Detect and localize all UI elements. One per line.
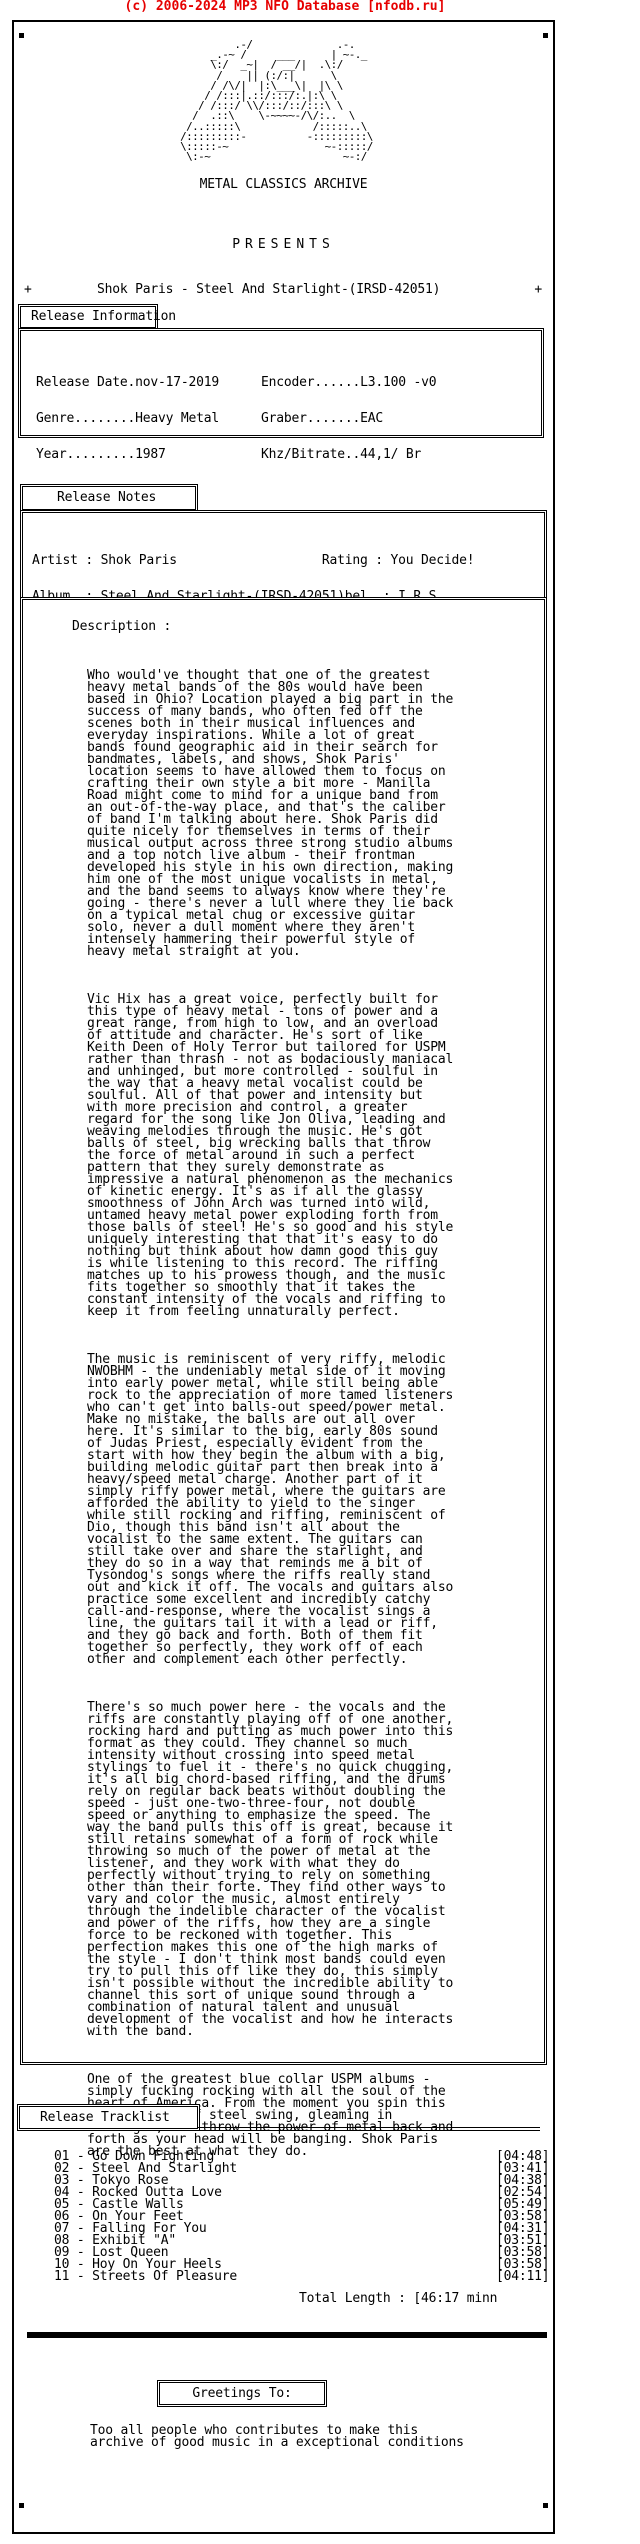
corner-marker-bottom-left [19, 2503, 24, 2508]
total-length: Total Length : [46:17 minn [299, 2293, 497, 2305]
plus-marker-right: + [534, 284, 542, 296]
release-information-tab: Release Information [18, 304, 158, 330]
info-genre: Genre........Heavy Metal [36, 413, 219, 425]
description-paragraph: Who would've thought that one of the gre… [87, 670, 453, 958]
greetings-text: Too all people who contributes to make t… [90, 2425, 464, 2449]
track-list: 01 - Go Down Fighting[04:48]02 - Steel A… [54, 2151, 534, 2283]
description-paragraph: There's so much power here - the vocals … [87, 1702, 453, 2038]
release-title: Shok Paris - Steel And Starlight-(IRSD-4… [97, 284, 440, 296]
release-information-tab-label: Release Information [21, 307, 155, 327]
logo-caption: METAL CLASSICS ARCHIVE [12, 178, 555, 192]
corner-marker-top-right [543, 33, 548, 38]
info-release-date: Release Date.nov-17-2019 [36, 377, 219, 389]
corner-marker-bottom-right [543, 2503, 548, 2508]
greetings-label: Greetings To: [160, 2383, 324, 2404]
description-paragraph: Vic Hix has a great voice, perfectly bui… [87, 994, 453, 1318]
separator-bar [27, 2332, 547, 2338]
description-box: Description : Who would've thought that … [20, 597, 547, 2065]
ascii-logo: .-/ .-. _.-~ / ___ | ~-._ \:/ _~| / __/|… [150, 40, 430, 162]
info-khz-bitrate: Khz/Bitrate..44,1/ Br [261, 449, 444, 461]
track-row: 11 - Streets Of Pleasure[04:11] [54, 2271, 534, 2283]
info-graber: Graber.......EAC [261, 413, 444, 425]
artist-album-box: Artist : Shok Paris Rating : You Decide!… [20, 510, 547, 600]
artist-line: Artist : Shok Paris Rating : You Decide! [32, 555, 474, 567]
plus-marker-left: + [24, 284, 32, 296]
release-tracklist-tab: Release Tracklist [17, 2104, 200, 2131]
description-paragraph: The music is reminiscent of very riffy, … [87, 1354, 453, 1666]
release-tracklist-tab-label: Release Tracklist [20, 2107, 197, 2128]
description-text: Who would've thought that one of the gre… [87, 646, 453, 2194]
release-information-box: Release Date.nov-17-2019 Genre........He… [18, 328, 544, 438]
presents-heading: PRESENTS [12, 239, 555, 251]
tracklist-divider [198, 2127, 540, 2131]
release-notes-tab-label: Release Notes [23, 487, 195, 509]
info-encoder: Encoder......L3.100 -v0 [261, 377, 444, 389]
description-label: Description : [72, 621, 171, 633]
greetings-box: Greetings To: [157, 2380, 327, 2407]
release-notes-tab: Release Notes [20, 484, 198, 512]
corner-marker-top-left [19, 33, 24, 38]
track-duration: [04:11] [496, 2271, 549, 2283]
copyright-header: (c) 2006-2024 MP3 NFO Database [nfodb.ru… [0, 0, 570, 14]
track-title: 11 - Streets Of Pleasure [54, 2271, 237, 2283]
info-year: Year.........1987 [36, 449, 219, 461]
